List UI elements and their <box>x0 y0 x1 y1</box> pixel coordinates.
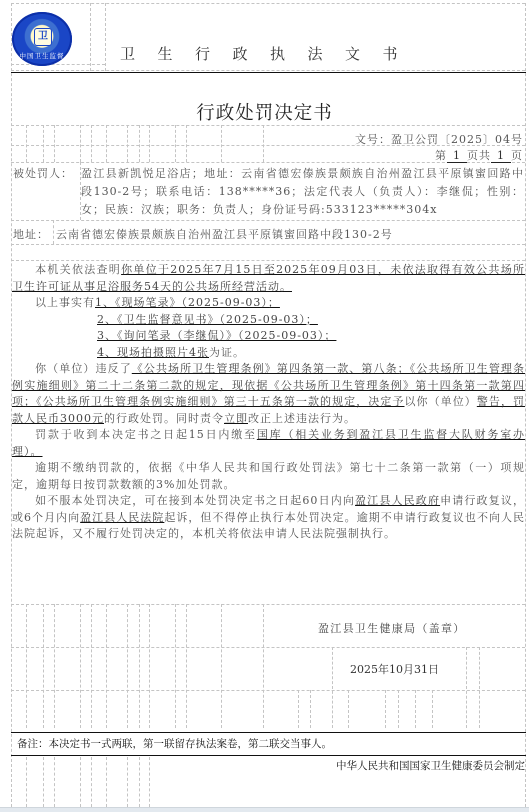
page-middle: 页共 <box>467 149 491 162</box>
appeal-paragraph: 如不服本处罚决定，可在接到本处罚决定书之日起60日内向盈江县人民政府申请行政复议… <box>12 493 525 543</box>
address-label: 地址： <box>13 226 49 242</box>
evidence-row: 4、现场拍摄照片4张为证。 <box>12 345 525 362</box>
issuer-footer: 中华人民共和国国家卫生健康委员会制定 <box>336 758 525 773</box>
decision-body: 本机关依法查明你单位于2025年7月15日至2025年09月03日，未依法取得有… <box>12 262 525 543</box>
evidence-row: 以上事实有1、《现场笔录》（2025-09-03）； <box>12 295 525 312</box>
payment-paragraph: 罚款于收到本决定书之日起15日内缴至国库（相关业务到盈江县卫生监督大队财务室办理… <box>12 427 525 460</box>
evidence-item: 1、《现场笔录》（2025-09-03）； <box>95 296 280 309</box>
header-rule <box>11 72 526 73</box>
page-suffix: 页 <box>511 149 523 162</box>
correction-deadline: 立即 <box>224 412 248 425</box>
findings-prefix: 本机关依法查明 <box>35 263 121 276</box>
appeal-text: 如不服本处罚决定，可在接到本处罚决定书之日起60日内向 <box>35 494 355 507</box>
violation-text: 以你（单位） <box>404 395 476 408</box>
page-prefix: 第 <box>435 149 447 162</box>
note-rule-bottom <box>11 755 526 756</box>
total-pages: 1 <box>491 149 511 163</box>
viewer-bottom-bar <box>0 807 529 812</box>
current-page: 1 <box>447 149 467 163</box>
signer-agency: 盈江县卫生健康局（盖章） <box>318 620 466 636</box>
payment-text: 罚款于收到本决定书之日起15日内缴至 <box>35 428 257 441</box>
address-value: 云南省德宏傣族景颇族自治州盈江县平原镇蜜回路中段130-2号 <box>56 226 393 242</box>
violation-text: 的行政处罚。同时责令 <box>104 412 224 425</box>
party-details: 盈江县新凯悦足浴店；地址：云南省德宏傣族景颇族自治州盈江县平原镇蜜回路中段130… <box>81 165 524 219</box>
document-title: 行政处罚决定书 <box>0 99 529 125</box>
evidence-list: 以上事实有1、《现场笔录》（2025-09-03）； 2、《卫生监督意见书》（2… <box>12 295 525 361</box>
evidence-suffix: 为证。 <box>209 346 245 359</box>
evidence-row: 3、《询问笔录（李继侃）》（2025-09-03）； <box>12 328 525 345</box>
evidence-item: 2、《卫生监督意见书》（2025-09-03）； <box>97 313 318 326</box>
evidence-item: 3、《询问笔录（李继侃）》（2025-09-03）； <box>97 329 336 342</box>
page-info: 第1页共1页 <box>435 147 523 163</box>
violation-text: 你（单位）违反了 <box>35 362 132 375</box>
party-label: 被处罚人： <box>13 165 73 181</box>
logo-ring-text: 中国卫生监督 <box>12 51 72 60</box>
health-inspection-logo-icon: 卫 中国卫生监督 <box>12 12 72 66</box>
overdue-paragraph: 逾期不缴纳罚款的，依据《中华人民共和国行政处罚法》第七十二条第一款第（一）项规定… <box>12 460 525 493</box>
emblem-icon: 卫 <box>34 28 52 46</box>
violation-paragraph: 你（单位）违反了《公共场所卫生管理条例》第四条第一款、第八条；《公共场所卫生管理… <box>12 361 525 427</box>
evidence-item: 4、现场拍摄照片4张 <box>97 346 209 359</box>
header-title: 卫生行政执法文书 <box>120 43 440 64</box>
document-number: 文号：盈卫公罚〔2025〕04号 <box>355 131 523 147</box>
findings-paragraph: 本机关依法查明你单位于2025年7月15日至2025年09月03日，未依法取得有… <box>12 262 525 295</box>
note-rule-top <box>11 732 526 733</box>
remarks-note: 备注：本决定书一式两联，第一联留存执法案卷，第二联交当事人。 <box>17 736 332 751</box>
violation-text: 改正上述违法行为。 <box>248 412 356 425</box>
evidence-row: 2、《卫生监督意见书》（2025-09-03）； <box>12 312 525 329</box>
sign-date: 2025年10月31日 <box>350 661 439 677</box>
court-name: 盈江县人民法院 <box>80 511 164 524</box>
review-authority: 盈江县人民政府 <box>355 494 440 507</box>
evidence-prefix: 以上事实有 <box>35 296 95 309</box>
